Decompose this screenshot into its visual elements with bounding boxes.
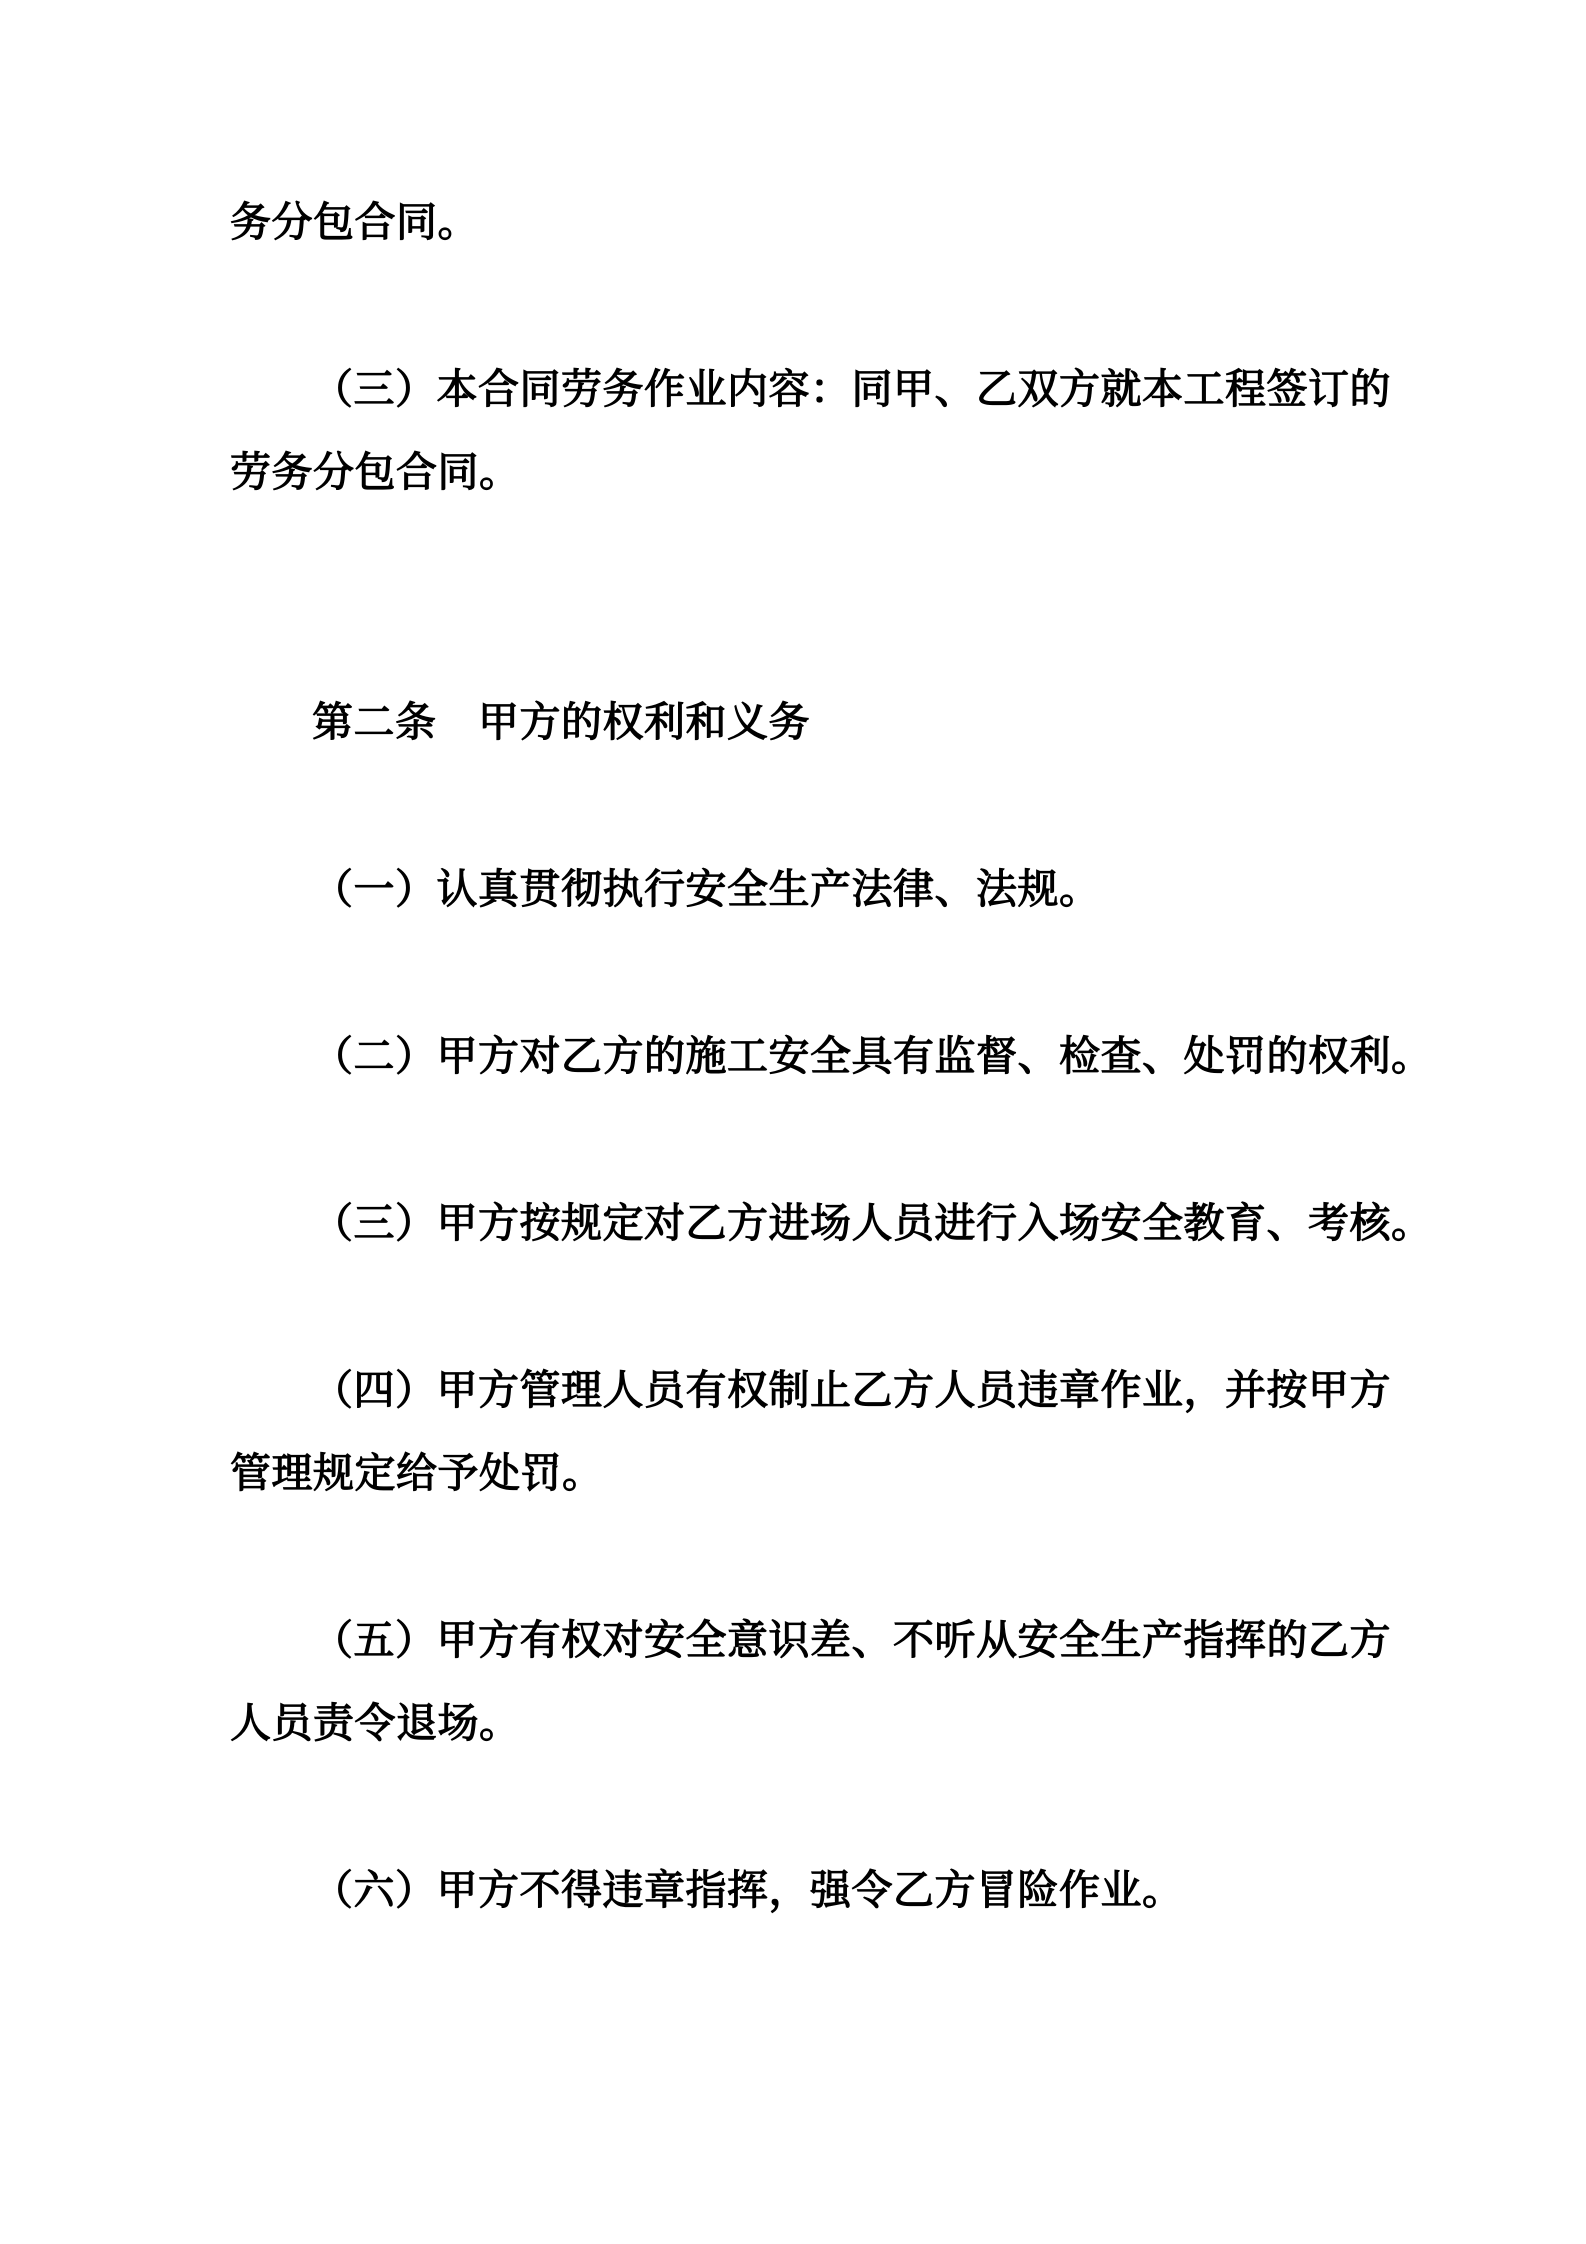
paragraph-line: （三）本合同劳务作业内容：同甲、乙双方就本工程签订的: [230, 348, 1458, 431]
paragraph-line: （五）甲方有权对安全意识差、不听从安全生产指挥的乙方: [230, 1599, 1458, 1682]
paragraph-line: 人员责令退场。: [230, 1682, 1458, 1765]
paragraph-line: （四）甲方管理人员有权制止乙方人员违章作业，并按甲方: [230, 1349, 1458, 1432]
paragraph-line: 管理规定给予处罚。: [230, 1432, 1458, 1515]
paragraph-line: 劳务分包合同。: [230, 431, 1458, 514]
document-page: 务分包合同。（三）本合同劳务作业内容：同甲、乙双方就本工程签订的劳务分包合同。第…: [0, 0, 1586, 2244]
contract-body: 务分包合同。（三）本合同劳务作业内容：同甲、乙双方就本工程签订的劳务分包合同。第…: [0, 0, 1586, 2016]
contract-paragraph: （四）甲方管理人员有权制止乙方人员违章作业，并按甲方管理规定给予处罚。: [230, 1349, 1458, 1515]
contract-paragraph: （六）甲方不得违章指挥，强令乙方冒险作业。: [230, 1849, 1458, 1932]
heading-line: 第二条 甲方的权利和义务: [230, 681, 1458, 764]
paragraph-line: （六）甲方不得违章指挥，强令乙方冒险作业。: [230, 1849, 1458, 1932]
contract-paragraph: （五）甲方有权对安全意识差、不听从安全生产指挥的乙方人员责令退场。: [230, 1599, 1458, 1765]
paragraph-line: 务分包合同。: [230, 181, 1458, 264]
contract-paragraph: 务分包合同。: [230, 181, 1458, 264]
contract-paragraph: （一）认真贯彻执行安全生产法律、法规。: [230, 848, 1458, 931]
contract-paragraph: （三）甲方按规定对乙方进场人员进行入场安全教育、考核。: [230, 1182, 1458, 1265]
paragraph-line: （一）认真贯彻执行安全生产法律、法规。: [230, 848, 1458, 931]
contract-paragraph: （二）甲方对乙方的施工安全具有监督、检查、处罚的权利。: [230, 1015, 1458, 1098]
paragraph-line: （二）甲方对乙方的施工安全具有监督、检查、处罚的权利。: [230, 1015, 1458, 1098]
paragraph-line: （三）甲方按规定对乙方进场人员进行入场安全教育、考核。: [230, 1182, 1458, 1265]
contract-paragraph: （三）本合同劳务作业内容：同甲、乙双方就本工程签订的劳务分包合同。: [230, 348, 1458, 514]
section-heading: 第二条 甲方的权利和义务: [230, 681, 1458, 764]
